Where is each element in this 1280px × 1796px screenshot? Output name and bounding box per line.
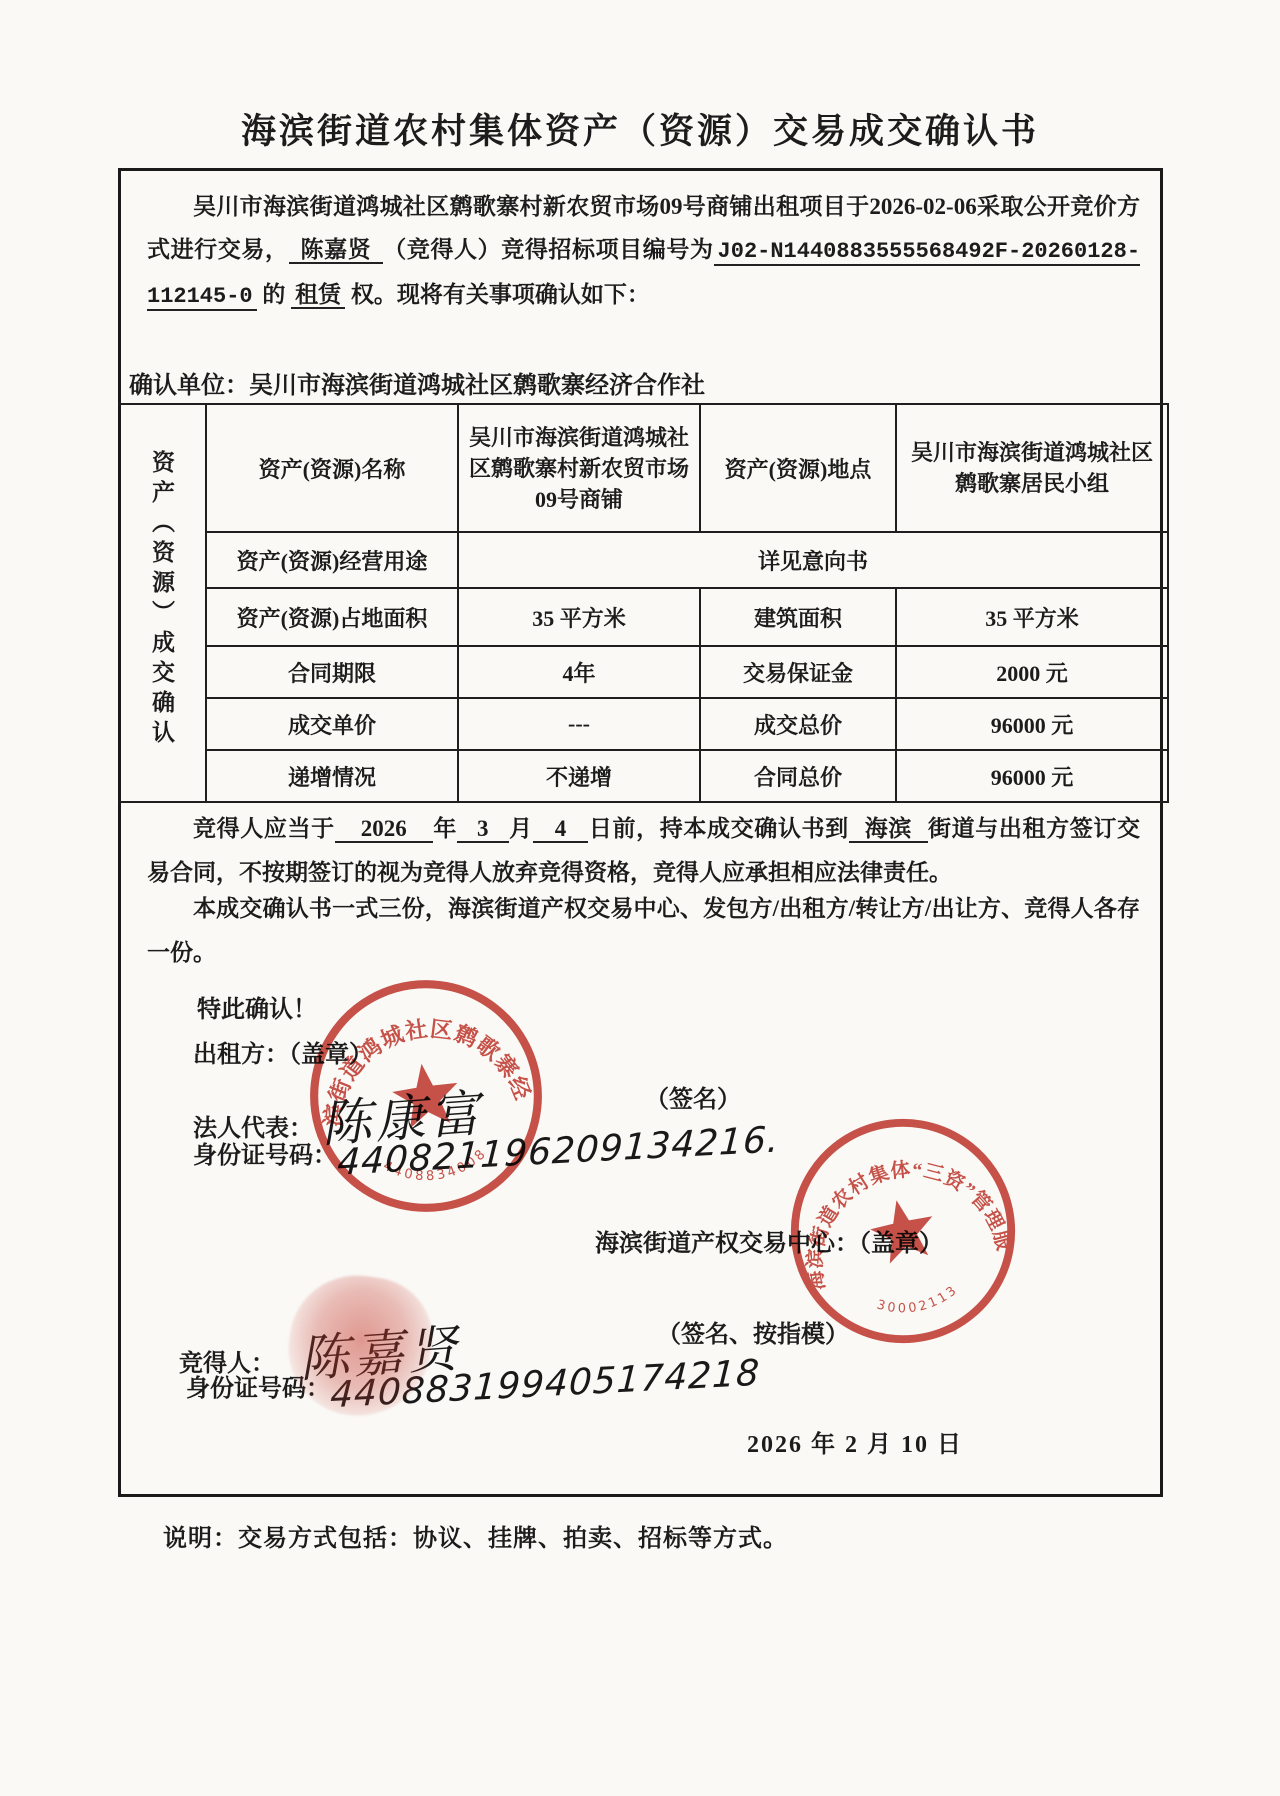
bidder-id-line: 身份证号码：440883199405174218 <box>186 1364 760 1405</box>
page-title: 海滨街道农村集体资产（资源）交易成交确认书 <box>0 104 1280 154</box>
table-cell-label: 成交单价 <box>206 698 458 750</box>
table-cell-value: 35 平方米 <box>896 588 1168 646</box>
table-cell-label: 合同期限 <box>206 646 458 698</box>
table-cell-label: 交易保证金 <box>700 646 896 698</box>
deadline-text: 年 <box>433 816 457 841</box>
table-cell-label: 成交总价 <box>700 698 896 750</box>
copies-paragraph: 本成交确认书一式三份，海滨街道产权交易中心、发包方/出租方/转让方/出让方、竞得… <box>121 887 1166 975</box>
official-seal-cooperative-icon: 吴川市海滨街道鸿城社区鹩歌寨经济合作社 4408834008 <box>288 958 564 1234</box>
footnote: 说明：交易方式包括：协议、挂牌、拍卖、招标等方式。 <box>163 1518 788 1553</box>
confirm-unit-label: 确认单位： <box>129 373 249 399</box>
table-row: 资产(资源)占地面积 35 平方米 建筑面积 35 平方米 <box>118 588 1168 646</box>
table-cell-value: 35 平方米 <box>458 588 700 646</box>
document-frame: 吴川市海滨街道鸿城社区鹩歌寨村新农贸市场09号商铺出租项目于2026-02-06… <box>118 168 1163 1497</box>
table-cell-label: 递增情况 <box>206 750 458 802</box>
right-type-blank: 租赁 <box>291 282 345 309</box>
table-cell-label: 资产(资源)地点 <box>700 404 896 532</box>
document-page: 海滨街道农村集体资产（资源）交易成交确认书 吴川市海滨街道鸿城社区鹩歌寨村新农贸… <box>0 0 1280 1796</box>
confirm-unit-value: 吴川市海滨街道鸿城社区鹩歌寨经济合作社 <box>249 373 705 399</box>
intro-part2: （竞得人）竞得招标项目编号为 <box>383 237 713 262</box>
year-blank: 2026 <box>335 816 433 843</box>
lessor-label: 出租方： <box>193 1042 289 1068</box>
table-cell-label: 建筑面积 <box>700 588 896 646</box>
deadline-text: 日前，持本成交确认书到 <box>588 816 849 841</box>
table-side-label: 资产（资源）成交确认 <box>118 404 206 802</box>
seal-star-icon <box>865 1194 940 1266</box>
month-blank: 3 <box>457 816 509 843</box>
seal-star-icon <box>389 1059 463 1130</box>
table-cell-value: 吴川市海滨街道鸿城社区鹩歌寨村新农贸市场09号商铺 <box>458 404 700 532</box>
table-cell-value: 96000 元 <box>896 750 1168 802</box>
table-row: 资产（资源）成交确认 资产(资源)名称 吴川市海滨街道鸿城社区鹩歌寨村新农贸市场… <box>118 404 1168 532</box>
bidder-name-blank: 陈嘉贤 <box>289 237 384 264</box>
table-cell-value: --- <box>458 698 700 750</box>
table-cell-label: 资产(资源)占地面积 <box>206 588 458 646</box>
deadline-paragraph: 竞得人应当于2026年3月4日前，持本成交确认书到海滨街道与出租方签订交易合同，… <box>121 807 1166 895</box>
table-cell-value: 4年 <box>458 646 700 698</box>
intro-part4: 权。现将有关事项确认如下： <box>351 282 650 307</box>
intro-part3: 的 <box>262 282 285 307</box>
deal-table: 资产（资源）成交确认 资产(资源)名称 吴川市海滨街道鸿城社区鹩歌寨村新农贸市场… <box>118 403 1169 803</box>
intro-paragraph: 吴川市海滨街道鸿城社区鹩歌寨村新农贸市场09号商铺出租项目于2026-02-06… <box>121 185 1166 318</box>
legal-rep-sign-note: （签名） <box>645 1079 741 1114</box>
table-cell-value: 详见意向书 <box>458 532 1168 588</box>
table-cell-label: 资产(资源)名称 <box>206 404 458 532</box>
day-blank: 4 <box>533 816 589 843</box>
table-row: 成交单价 --- 成交总价 96000 元 <box>118 698 1168 750</box>
street-blank: 海滨 <box>849 816 928 843</box>
table-cell-value: 96000 元 <box>896 698 1168 750</box>
table-cell-label: 合同总价 <box>700 750 896 802</box>
table-cell-value: 不递增 <box>458 750 700 802</box>
svg-text:30002113: 30002113 <box>872 1281 964 1324</box>
official-seal-center-icon: 吴川市海滨街道农村集体“三资”管理服务中心 30002113 <box>763 1091 1043 1371</box>
deadline-text: 竞得人应当于 <box>193 816 335 841</box>
svg-text:4408834008: 4408834008 <box>379 1144 494 1191</box>
table-cell-label: 资产(资源)经营用途 <box>206 532 458 588</box>
date-line: 2026 年 2 月 10 日 <box>747 1424 963 1459</box>
table-row: 资产(资源)经营用途 详见意向书 <box>118 532 1168 588</box>
table-row: 合同期限 4年 交易保证金 2000 元 <box>118 646 1168 698</box>
table-cell-value: 吴川市海滨街道鸿城社区鹩歌寨居民小组 <box>896 404 1168 532</box>
table-row: 递增情况 不递增 合同总价 96000 元 <box>118 750 1168 802</box>
confirm-unit-line: 确认单位：吴川市海滨街道鸿城社区鹩歌寨经济合作社 <box>129 365 705 400</box>
table-cell-value: 2000 元 <box>896 646 1168 698</box>
deadline-text: 月 <box>509 816 533 841</box>
